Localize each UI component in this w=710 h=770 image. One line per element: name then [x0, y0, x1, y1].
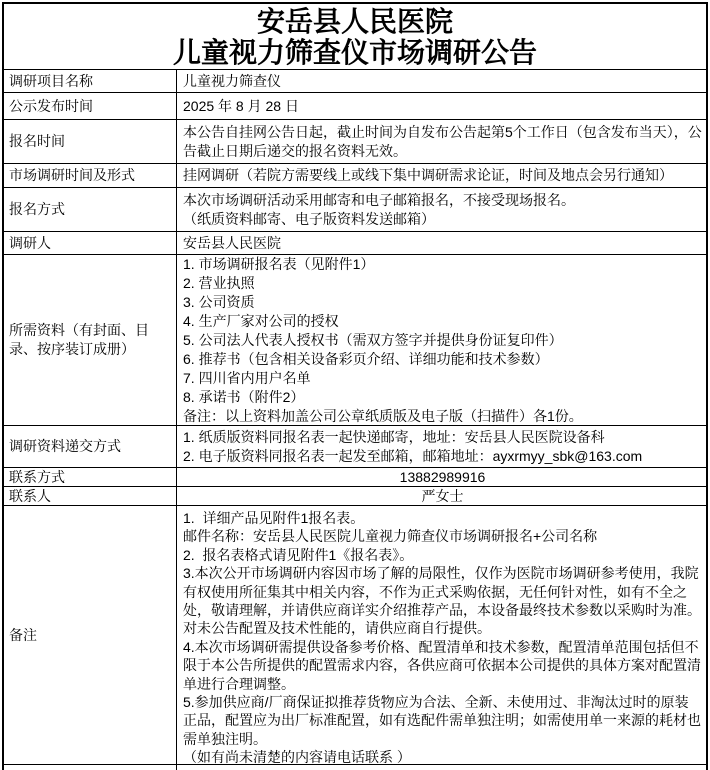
value-publish-date: 2025 年 8 月 28 日: [183, 97, 702, 116]
label-publish-date: 公示发布时间: [4, 93, 177, 119]
row-partial-bottom: [4, 764, 706, 770]
row-remarks: 备注 1. 详细产品见附件1报名表。 邮件名称：安岳县人民医院儿童视力筛查仪市场…: [4, 505, 706, 764]
row-signup-time: 报名时间 本公告自挂网公告日起，截止时间为自发布公告起第5个工作日（包含发布当天…: [4, 119, 706, 163]
required-material-item-7: 7. 四川省内用户名单: [183, 369, 702, 388]
label-contact-person: 联系人: [4, 487, 177, 505]
required-material-item-5: 5. 公司法人代表人授权书（需双方签字并提供身份证复印件）: [183, 331, 702, 350]
title-row: 安岳县人民医院 儿童视力筛查仪市场调研公告: [4, 4, 706, 69]
remarks-item-2: 2. 报名表格式请见附件1《报名表》。: [183, 546, 702, 564]
submission-method-line1: 1. 纸质版资料同报名表一起快递邮寄，地址：安岳县人民医院设备科: [183, 428, 702, 447]
remarks-item-5: 5.参加供应商/厂商保证拟推荐货物应为合法、全新、未使用过、非淘汰过时的原装正品…: [183, 693, 702, 748]
value-project-name: 儿童视力筛查仪: [183, 72, 702, 91]
label-research-time-form: 市场调研时间及形式: [4, 164, 177, 187]
label-required-materials: 所需资料（有封面、目录、按序装订成册）: [4, 255, 177, 425]
required-material-item-4: 4. 生产厂家对公司的授权: [183, 312, 702, 331]
value-signup-method-line2: （纸质资料邮寄、电子版资料发送邮箱）: [183, 210, 702, 229]
row-publish-date: 公示发布时间 2025 年 8 月 28 日: [4, 92, 706, 119]
row-researcher: 调研人 安岳县人民医院: [4, 231, 706, 254]
label-signup-time: 报名时间: [4, 120, 177, 163]
row-submission-method: 调研资料递交方式 1. 纸质版资料同报名表一起快递邮寄，地址：安岳县人民医院设备…: [4, 425, 706, 467]
row-required-materials: 所需资料（有封面、目录、按序装订成册） 1. 市场调研报名表（见附件1） 2. …: [4, 254, 706, 425]
label-researcher: 调研人: [4, 232, 177, 254]
value-research-time-form: 挂网调研（若院方需要线上或线下集中调研需求论证，时间及地点会另行通知）: [183, 166, 702, 185]
row-contact-person: 联系人 严女士: [4, 486, 706, 505]
required-material-item-3: 3. 公司资质: [183, 293, 702, 312]
remarks-item-4: 4.本次市场调研需提供设备参考价格、配置清单和技术参数，配置清单范围包括但不限于…: [183, 638, 702, 693]
row-research-time-form: 市场调研时间及形式 挂网调研（若院方需要线上或线下集中调研需求论证，时间及地点会…: [4, 163, 706, 187]
value-contact-phone: 13882989916: [183, 469, 702, 485]
remarks-item-3: 3.本次公开市场调研内容因市场了解的局限性，仅作为医院市场调研参考使用，我院有权…: [183, 564, 702, 638]
announcement-page: 安岳县人民医院 儿童视力筛查仪市场调研公告 调研项目名称 儿童视力筛查仪 公示发…: [0, 0, 710, 770]
row-project-name: 调研项目名称 儿童视力筛查仪: [4, 69, 706, 92]
label-project-name: 调研项目名称: [4, 70, 177, 92]
value-contact-person: 严女士: [183, 488, 702, 504]
partial-bottom-value-cell: [177, 765, 706, 770]
remarks-email-subject: 邮件名称：安岳县人民医院儿童视力筛查仪市场调研报名+公司名称: [183, 527, 702, 545]
label-contact-phone: 联系方式: [4, 468, 177, 486]
title-line-announcement: 儿童视力筛查仪市场调研公告: [4, 37, 706, 68]
required-material-item-8: 8. 承诺书（附件2）: [183, 388, 702, 407]
required-material-item-1: 1. 市场调研报名表（见附件1）: [183, 255, 702, 274]
value-signup-method-line1: 本次市场调研活动采用邮寄和电子邮箱报名，不接受现场报名。: [183, 191, 702, 210]
announcement-table: 安岳县人民医院 儿童视力筛查仪市场调研公告 调研项目名称 儿童视力筛查仪 公示发…: [2, 2, 708, 770]
document-title: 安岳县人民医院 儿童视力筛查仪市场调研公告: [4, 4, 706, 69]
required-material-item-2: 2. 营业执照: [183, 274, 702, 293]
value-signup-time: 本公告自挂网公告日起，截止时间为自发布公告起第5个工作日（包含发布当天），公告截…: [183, 123, 702, 161]
label-remarks: 备注: [4, 506, 177, 764]
submission-method-line2: 2. 电子版资料同报名表一起发至邮箱，邮箱地址：ayxrmyy_sbk@163.…: [183, 447, 702, 466]
remarks-item-1: 1. 详细产品见附件1报名表。: [183, 509, 702, 527]
partial-bottom-label-cell: [4, 765, 177, 770]
required-material-item-6: 6. 推荐书（包含相关设备彩页介绍、详细功能和技术参数）: [183, 350, 702, 369]
required-materials-note: 备注：以上资料加盖公司公章纸质版及电子版（扫描件）各1份。: [183, 407, 702, 426]
row-signup-method: 报名方式 本次市场调研活动采用邮寄和电子邮箱报名，不接受现场报名。 （纸质资料邮…: [4, 187, 706, 231]
label-signup-method: 报名方式: [4, 188, 177, 231]
value-researcher: 安岳县人民医院: [183, 234, 702, 253]
row-contact-phone: 联系方式 13882989916: [4, 467, 706, 486]
remarks-phone-note: （如有尚未清楚的内容请电话联系 ）: [183, 748, 702, 764]
title-line-hospital: 安岳县人民医院: [4, 6, 706, 37]
label-submission-method: 调研资料递交方式: [4, 426, 177, 467]
